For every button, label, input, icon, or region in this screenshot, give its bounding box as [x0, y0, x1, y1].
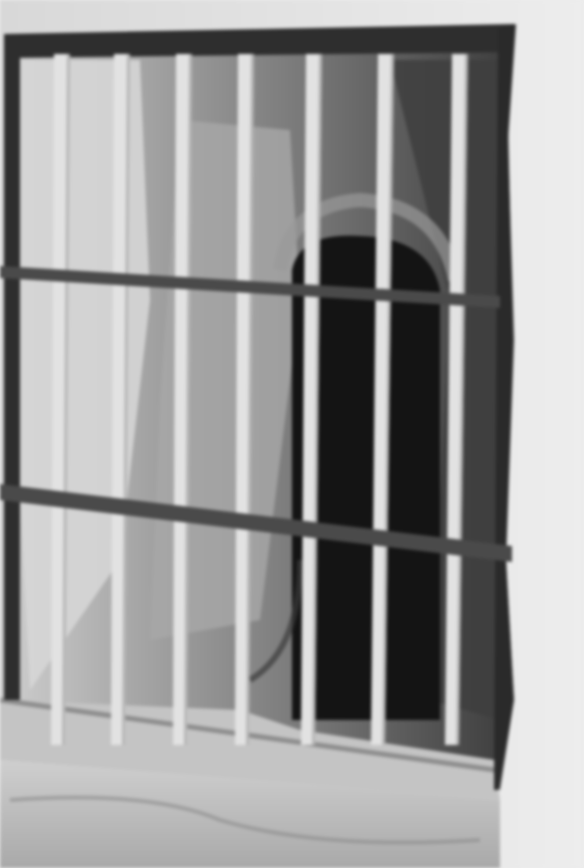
window-frame-left	[4, 40, 20, 700]
barred-window-photo	[0, 0, 584, 868]
photo-canvas	[0, 0, 584, 868]
